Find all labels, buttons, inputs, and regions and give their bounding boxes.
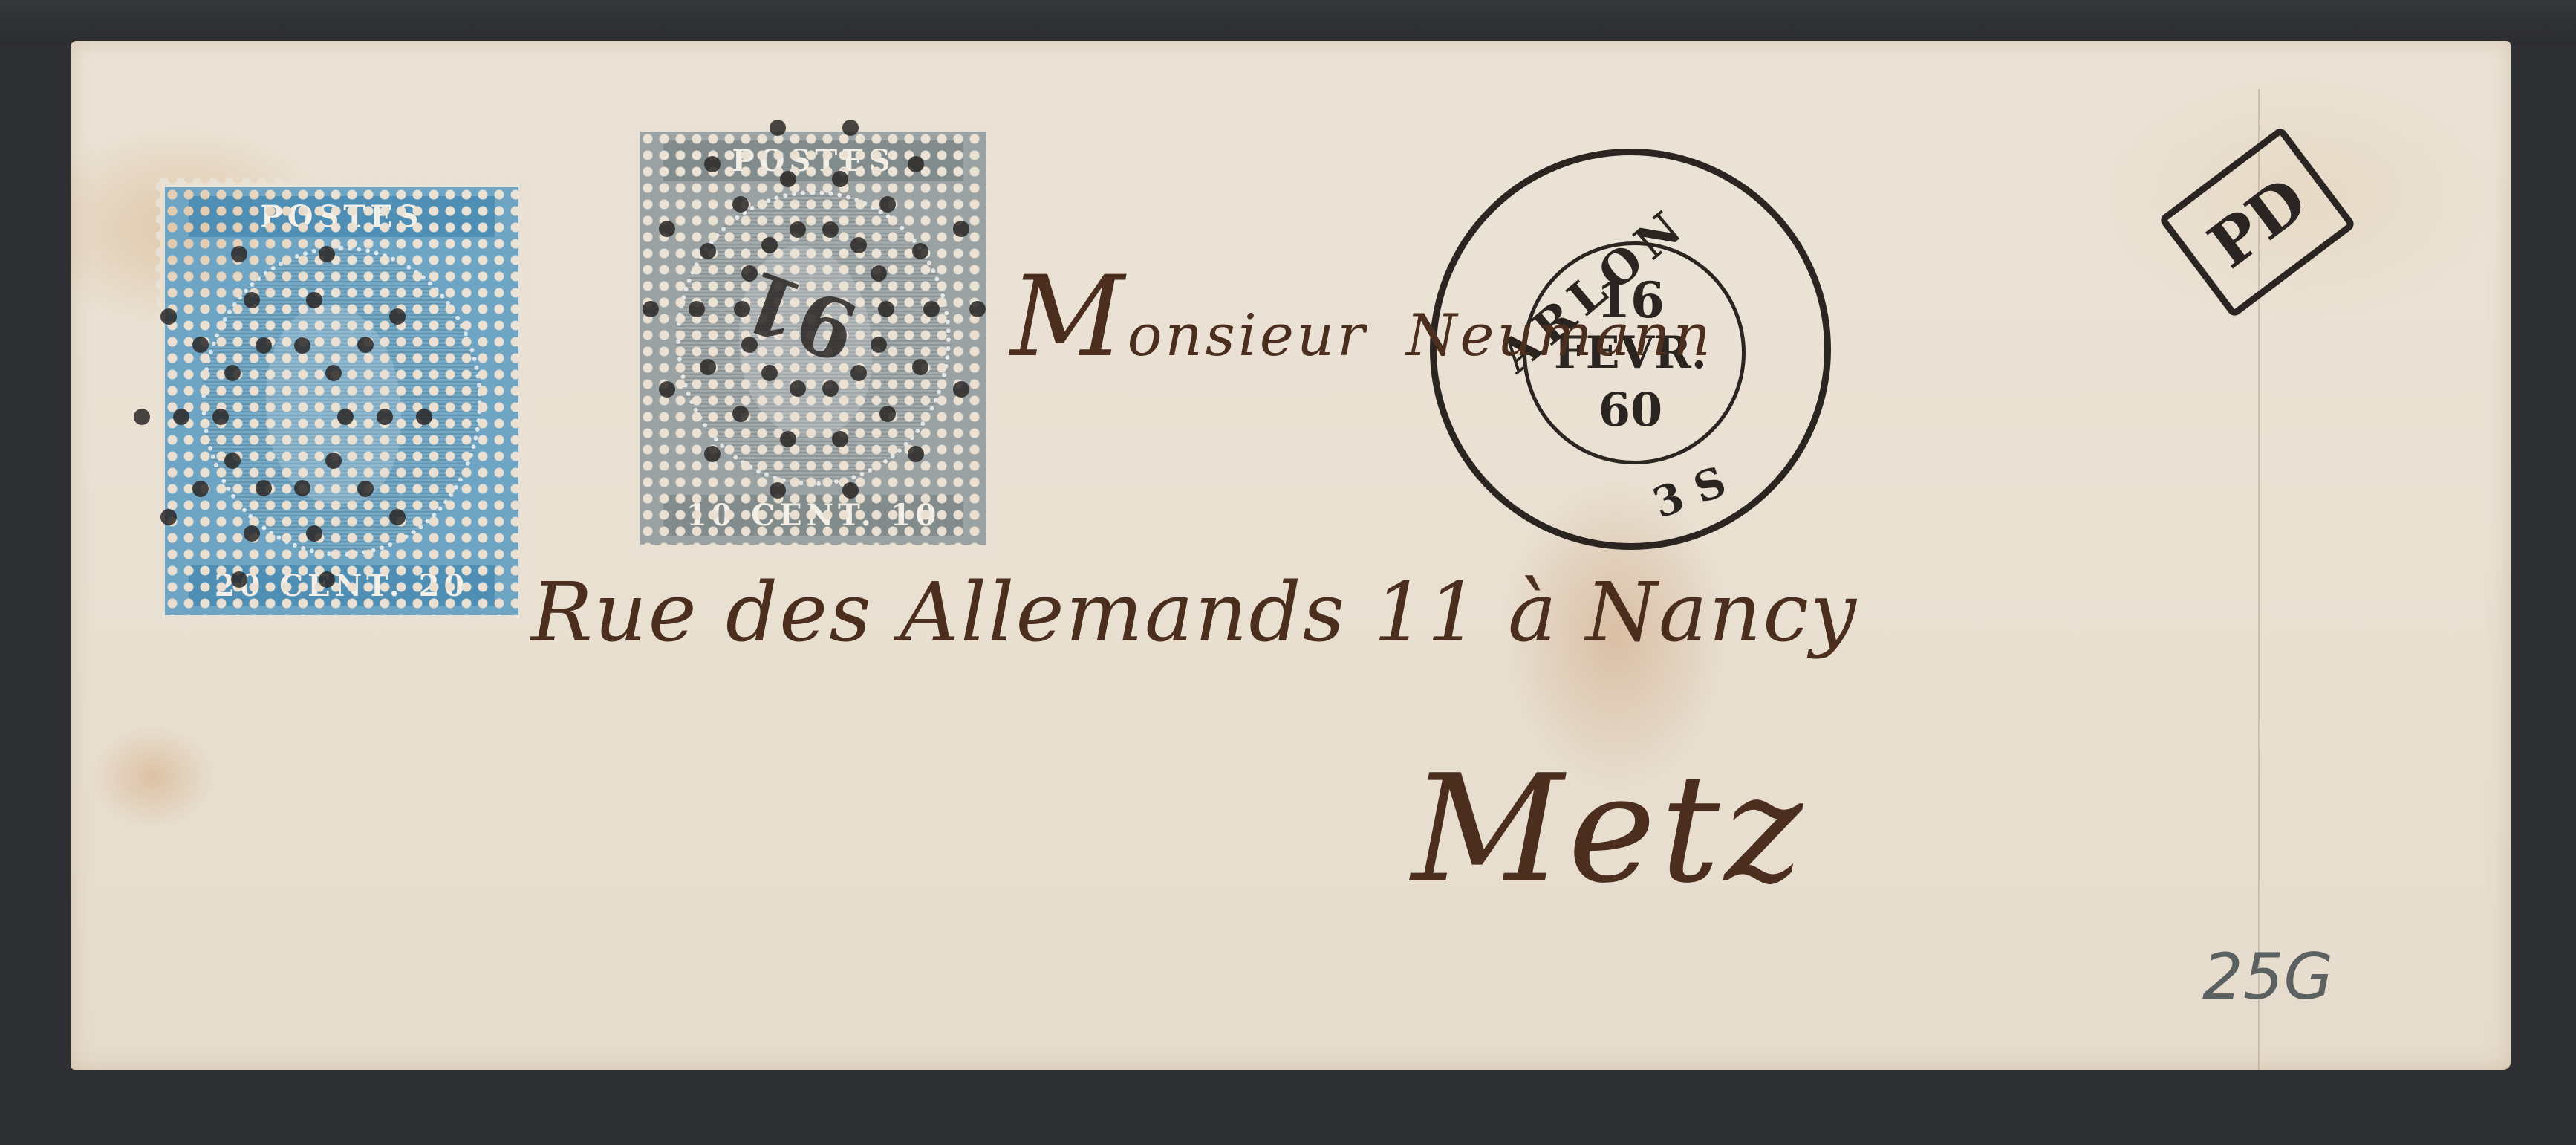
cancel-dot xyxy=(912,243,928,259)
cancel-dot xyxy=(822,380,839,397)
cancel-dot xyxy=(842,120,859,136)
cancel-dot xyxy=(294,337,310,354)
cancel-dot xyxy=(319,246,335,262)
cancel-dot xyxy=(212,409,229,425)
cancel-dot xyxy=(842,482,859,499)
cancel-dot xyxy=(908,156,924,172)
cancel-dot xyxy=(377,409,393,425)
cancel-dot xyxy=(357,481,374,497)
cancel-dot xyxy=(761,365,778,381)
cancel-dot xyxy=(192,481,209,497)
cancel-dot xyxy=(879,406,896,422)
cancel-dot xyxy=(306,292,322,308)
cancel-dot xyxy=(643,301,659,317)
stamp-value-label: 10 CENT. 10 xyxy=(663,495,963,536)
cancel-dot xyxy=(689,301,705,317)
cancel-dot xyxy=(908,446,924,462)
cancel-dot xyxy=(704,446,721,462)
cancel-dot xyxy=(173,409,189,425)
cancel-dot xyxy=(923,301,940,317)
cancel-dot xyxy=(389,308,406,325)
cancel-dot xyxy=(969,301,986,317)
dotted-cancel-blue xyxy=(111,186,461,572)
cancel-dot xyxy=(790,380,806,397)
cancel-dot xyxy=(732,406,749,422)
cancel-dot xyxy=(700,359,716,375)
cancel-dot xyxy=(704,156,721,172)
address-line-street: Rue des Allemands 11 à Nancy xyxy=(531,565,1858,660)
cancel-dot xyxy=(878,301,894,317)
cancel-dot xyxy=(871,337,887,353)
cancel-dot xyxy=(732,196,749,213)
address-title: onsieur xyxy=(1128,302,1368,369)
address-line-city: Metz xyxy=(1411,743,1807,916)
cancel-dot xyxy=(224,453,241,469)
cancel-dot xyxy=(160,308,177,325)
cancel-dot xyxy=(832,431,848,447)
pencil-note: 25G xyxy=(2202,940,2333,1014)
cancel-dot xyxy=(306,525,322,542)
cancel-dot xyxy=(850,237,867,253)
cancel-dot xyxy=(256,337,272,354)
cancel-dot xyxy=(134,409,150,425)
cancel-dot xyxy=(953,221,969,237)
cancel-dot xyxy=(822,221,839,238)
cancel-dot xyxy=(879,196,896,213)
cancel-dot xyxy=(700,243,716,259)
cancel-dot xyxy=(770,120,786,136)
address-line-recipient: Monsieur Neumann xyxy=(1010,253,1714,382)
cancel-dot xyxy=(389,509,406,525)
cancel-dot xyxy=(912,359,928,375)
cancel-dot xyxy=(416,409,432,425)
cancel-dot xyxy=(850,365,867,381)
postmark-year: 60 xyxy=(1430,383,1831,437)
cancel-dot xyxy=(780,431,796,447)
cancel-dot xyxy=(160,509,177,525)
cancel-dot xyxy=(244,525,260,542)
cancel-dot xyxy=(780,171,796,187)
address-initial: M xyxy=(1010,253,1128,382)
cancel-dot xyxy=(325,453,342,469)
cancel-dot xyxy=(790,221,806,238)
cancel-dot xyxy=(192,337,209,353)
cancel-dot xyxy=(231,571,247,588)
cancel-dot xyxy=(357,337,374,353)
address-name: Neumann xyxy=(1406,302,1714,369)
cancel-dot xyxy=(953,381,969,398)
cancel-dot xyxy=(231,246,247,262)
cancel-dot xyxy=(294,480,310,496)
cancel-dot xyxy=(224,365,241,381)
cancel-dot xyxy=(659,221,675,237)
background-strip xyxy=(0,0,2576,45)
cancel-dot xyxy=(319,571,335,588)
cancel-dot xyxy=(244,292,260,308)
cancel-dot xyxy=(659,381,675,398)
cancel-dot xyxy=(337,409,354,425)
cancel-dot xyxy=(770,482,786,499)
cancel-dot xyxy=(871,265,887,282)
cancel-dot xyxy=(832,171,848,187)
cancel-dot xyxy=(256,480,272,496)
cancel-dot xyxy=(325,365,342,381)
